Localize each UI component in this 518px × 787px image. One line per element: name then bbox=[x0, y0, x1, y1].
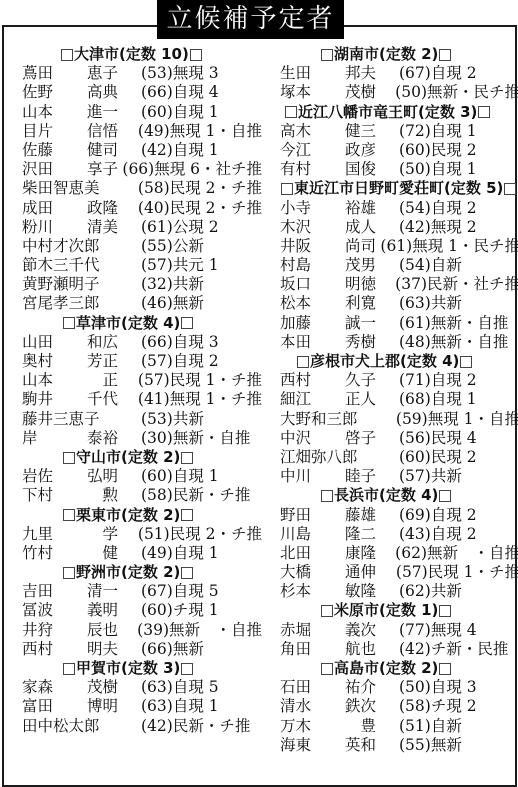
candidate-info: (67)自現 5 bbox=[141, 582, 219, 601]
candidate-row: 大橋通伸(57)民現 1・チ推 bbox=[280, 563, 518, 582]
candidate-name: 中沢啓子 bbox=[280, 429, 399, 448]
square-bullet-icon bbox=[478, 106, 490, 118]
candidate-name: 加藤誠一 bbox=[280, 314, 399, 333]
candidate-given-name: 高典 bbox=[70, 83, 118, 102]
candidate-name: 村島茂男 bbox=[280, 256, 399, 275]
candidate-info: (37)民新・社チ推 bbox=[395, 275, 518, 294]
square-bullet-icon bbox=[297, 356, 309, 368]
candidate-surname: 中川 bbox=[280, 467, 328, 486]
square-bullet-icon bbox=[63, 509, 75, 521]
candidate-given-name: 航也 bbox=[328, 640, 376, 659]
candidate-given-name: 康隆 bbox=[328, 544, 376, 563]
candidate-name: 大野和三郎 bbox=[280, 410, 396, 429]
candidate-given-name: 明夫 bbox=[70, 640, 118, 659]
square-bullet-icon bbox=[439, 490, 451, 502]
square-bullet-icon bbox=[61, 49, 73, 61]
district-header: 守山市(定数 2) bbox=[22, 448, 262, 467]
candidate-given-name: 健 bbox=[70, 544, 118, 563]
candidate-row: 塚本茂樹(50)無新・民チ推 bbox=[280, 83, 518, 102]
candidate-row: 川島隆二(43)自現 2 bbox=[280, 525, 518, 544]
district-name: 守山市(定数 2) bbox=[76, 448, 180, 467]
candidate-name: 細江正人 bbox=[280, 390, 399, 409]
candidate-given-name: 茂樹 bbox=[328, 83, 376, 102]
candidate-name: 木沢成人 bbox=[280, 218, 399, 237]
candidate-row: 小寺裕雄(54)自現 2 bbox=[280, 199, 518, 218]
candidate-row: 成田政隆(40)民現 2・チ推 bbox=[22, 199, 262, 218]
candidate-name: 吉田清一 bbox=[22, 582, 141, 601]
square-bullet-icon bbox=[63, 567, 75, 579]
candidate-name: 黄野瀬明子 bbox=[22, 275, 141, 294]
candidate-given-name: 信悟 bbox=[70, 122, 118, 141]
square-bullet-icon bbox=[321, 490, 333, 502]
candidate-surname: 下村 bbox=[22, 486, 70, 505]
candidate-row: 村島茂男(54)自新 bbox=[280, 256, 518, 275]
candidate-surname: 松本 bbox=[280, 294, 328, 313]
candidate-surname: 万木 bbox=[280, 717, 328, 736]
candidate-surname: 吉田 bbox=[22, 582, 70, 601]
square-bullet-icon bbox=[439, 49, 451, 61]
candidate-surname: 細江 bbox=[280, 390, 328, 409]
candidate-given-name: 泰裕 bbox=[70, 429, 118, 448]
candidate-row: 駒井千代(41)無現 1・チ推 bbox=[22, 390, 262, 409]
candidate-surname: 赤堀 bbox=[280, 621, 328, 640]
square-bullet-icon bbox=[321, 605, 333, 617]
candidate-given-name: 通伸 bbox=[328, 563, 376, 582]
candidate-info: (60)民現 2 bbox=[399, 448, 477, 467]
candidate-name: 中川睦子 bbox=[280, 467, 399, 486]
candidate-row: 粉川清美(61)公現 2 bbox=[22, 218, 262, 237]
district-header: 大津市(定数 10) bbox=[22, 45, 262, 64]
candidate-surname: 今江 bbox=[280, 141, 328, 160]
candidate-given-name: 辰也 bbox=[70, 621, 118, 640]
candidate-row: 万木豊(51)自新 bbox=[280, 717, 518, 736]
district-header: 甲賀市(定数 3) bbox=[22, 659, 262, 678]
candidate-name: 今江政彦 bbox=[280, 141, 399, 160]
candidate-row: 木沢成人(42)無現 2 bbox=[280, 218, 518, 237]
candidate-row: 柴田智恵美(58)民現 2・チ推 bbox=[22, 179, 262, 198]
right-column: 湖南市(定数 2)生田邦夫(67)自現 2塚本茂樹(50)無新・民チ推近江八幡市… bbox=[280, 45, 518, 755]
candidate-name: 宮尾孝三郎 bbox=[22, 294, 141, 313]
district-name: 草津市(定数 4) bbox=[76, 314, 180, 333]
candidate-name: 九里学 bbox=[22, 525, 138, 544]
candidate-name: 坂口明徳 bbox=[280, 275, 395, 294]
district-name: 野洲市(定数 2) bbox=[76, 563, 180, 582]
candidate-row: 高木健三(72)自現 1 bbox=[280, 122, 518, 141]
candidate-info: (63)自現 5 bbox=[141, 678, 219, 697]
square-bullet-icon bbox=[321, 663, 333, 675]
candidate-info: (62)無新 ・自推 bbox=[395, 544, 518, 563]
square-bullet-icon bbox=[190, 49, 202, 61]
candidate-info: (50)無新・民チ推 bbox=[395, 83, 518, 102]
candidate-surname: 井狩 bbox=[22, 621, 70, 640]
candidate-given-name: 清美 bbox=[70, 218, 118, 237]
district-header: 野洲市(定数 2) bbox=[22, 563, 262, 582]
candidate-name: 家森茂樹 bbox=[22, 678, 141, 697]
candidate-row: 目片信悟(49)無現 1・自推 bbox=[22, 122, 262, 141]
candidate-given-name: 明徳 bbox=[328, 275, 376, 294]
square-bullet-icon bbox=[181, 317, 193, 329]
candidate-surname: 岩佐 bbox=[22, 467, 70, 486]
candidate-surname: 家森 bbox=[22, 678, 70, 697]
candidate-given-name: 義明 bbox=[70, 601, 118, 620]
candidate-surname: 山本 bbox=[22, 103, 70, 122]
candidate-info: (42)チ新・民推 bbox=[399, 640, 508, 659]
square-bullet-icon bbox=[63, 317, 75, 329]
district-header: 栗東市(定数 2) bbox=[22, 506, 262, 525]
candidate-info: (42)無現 2 bbox=[399, 218, 477, 237]
candidate-name: 山本進一 bbox=[22, 103, 141, 122]
candidate-given-name: 義次 bbox=[328, 621, 376, 640]
candidate-surname: 山田 bbox=[22, 333, 70, 352]
candidate-name: 野田藤雄 bbox=[280, 506, 399, 525]
candidate-info: (46)無新 bbox=[141, 294, 204, 313]
candidate-info: (57)共元 1 bbox=[141, 256, 219, 275]
candidate-row: 細江正人(68)自現 1 bbox=[280, 390, 518, 409]
candidate-info: (60)自現 1 bbox=[141, 467, 219, 486]
candidate-name: 角田航也 bbox=[280, 640, 399, 659]
candidate-given-name: 祐介 bbox=[328, 678, 376, 697]
candidate-row: 江畑弥八郎(60)民現 2 bbox=[280, 448, 518, 467]
candidate-surname: 有村 bbox=[280, 160, 328, 179]
candidate-name: 奥村芳正 bbox=[22, 352, 141, 371]
candidate-surname: 駒井 bbox=[22, 390, 70, 409]
candidate-name: 江畑弥八郎 bbox=[280, 448, 399, 467]
candidate-info: (60)自現 1 bbox=[141, 103, 219, 122]
district-header: 米原市(定数 1) bbox=[280, 601, 518, 620]
candidate-info: (40)民現 2・チ推 bbox=[138, 199, 262, 218]
candidate-surname: 佐野 bbox=[22, 83, 70, 102]
candidate-surname: 西村 bbox=[280, 371, 328, 390]
candidate-given-name: 国俊 bbox=[328, 160, 376, 179]
candidate-info: (58)チ現 2 bbox=[399, 697, 477, 716]
candidate-row: 本田秀樹(48)無新・自推 bbox=[280, 333, 518, 352]
candidate-row: 宮尾孝三郎(46)無新 bbox=[22, 294, 262, 313]
candidate-row: 田中松太郎(42)民新・チ推 bbox=[22, 717, 262, 736]
candidate-given-name: 正人 bbox=[328, 390, 376, 409]
candidate-info: (49)自現 1 bbox=[141, 544, 219, 563]
candidate-surname: 成田 bbox=[22, 199, 70, 218]
candidate-given-name: 弘明 bbox=[70, 467, 118, 486]
candidate-surname: 蔦田 bbox=[22, 64, 70, 83]
candidate-row: 岸泰裕(30)無新・自推 bbox=[22, 429, 262, 448]
candidate-info: (58)民新・チ推 bbox=[141, 486, 250, 505]
candidate-row: 山本正(57)民現 1・チ推 bbox=[22, 371, 262, 390]
candidate-given-name: 藤雄 bbox=[328, 506, 376, 525]
candidate-info: (50)自現 3 bbox=[399, 678, 477, 697]
candidate-row: 藤井三恵子(53)共新 bbox=[22, 410, 262, 429]
candidate-row: 竹村健(49)自現 1 bbox=[22, 544, 262, 563]
candidate-given-name: 健三 bbox=[328, 122, 376, 141]
candidate-name: 山田和広 bbox=[22, 333, 141, 352]
candidate-name: 赤堀義次 bbox=[280, 621, 399, 640]
candidate-surname: 坂口 bbox=[280, 275, 328, 294]
candidate-info: (58)民現 2・チ推 bbox=[138, 179, 262, 198]
candidate-given-name: 学 bbox=[70, 525, 118, 544]
candidate-row: 杉本敏隆(62)共新 bbox=[280, 582, 518, 601]
page-title: 立候補予定者 bbox=[157, 0, 344, 39]
candidate-info: (42)民新・チ推 bbox=[141, 717, 250, 736]
candidate-given-name: 鉄次 bbox=[328, 697, 376, 716]
candidate-row: 井阪尚司(61)無現 1・民チ推 bbox=[280, 237, 518, 256]
candidate-surname: 大橋 bbox=[280, 563, 328, 582]
candidate-name: 石田祐介 bbox=[280, 678, 399, 697]
candidate-row: 家森茂樹(63)自現 5 bbox=[22, 678, 262, 697]
candidate-info: (49)無現 1・自推 bbox=[138, 122, 262, 141]
candidate-name: 万木豊 bbox=[280, 717, 399, 736]
candidate-name: 岩佐弘明 bbox=[22, 467, 141, 486]
candidate-surname: 海東 bbox=[280, 736, 328, 755]
district-name: 甲賀市(定数 3) bbox=[76, 659, 180, 678]
candidate-row: 富田博明(63)自現 1 bbox=[22, 697, 262, 716]
square-bullet-icon bbox=[63, 452, 75, 464]
candidate-surname: 山本 bbox=[22, 371, 70, 390]
candidate-given-name: 博明 bbox=[70, 697, 118, 716]
candidate-row: 中沢啓子(56)民現 4 bbox=[280, 429, 518, 448]
candidate-info: (59)無現 1・自推 bbox=[396, 410, 518, 429]
candidate-info: (68)自現 1 bbox=[399, 390, 477, 409]
candidate-given-name: 健司 bbox=[70, 141, 118, 160]
candidate-surname: 角田 bbox=[280, 640, 328, 659]
candidate-given-name: 久子 bbox=[328, 371, 376, 390]
candidate-surname: 塚本 bbox=[280, 83, 328, 102]
candidate-row: 中川睦子(57)共新 bbox=[280, 467, 518, 486]
candidate-given-name: 勲 bbox=[70, 486, 118, 505]
candidate-row: 山田和広(66)自現 3 bbox=[22, 333, 262, 352]
candidate-given-name: 尚司 bbox=[328, 237, 376, 256]
candidate-name: 沢田享子 bbox=[22, 160, 122, 179]
candidate-name: 下村勲 bbox=[22, 486, 141, 505]
district-name: 近江八幡市竜王町(定数 3) bbox=[298, 103, 477, 122]
candidate-info: (60)チ現 1 bbox=[141, 601, 219, 620]
candidate-info: (54)自現 2 bbox=[399, 199, 477, 218]
candidate-surname: 九里 bbox=[22, 525, 70, 544]
candidate-surname: 杉本 bbox=[280, 582, 328, 601]
candidate-given-name: 千代 bbox=[70, 390, 118, 409]
candidate-info: (55)無新 bbox=[399, 736, 462, 755]
candidate-info: (50)自現 1 bbox=[399, 160, 477, 179]
candidate-row: 黄野瀬明子(32)共新 bbox=[22, 275, 262, 294]
candidate-info: (57)民現 1・チ推 bbox=[396, 563, 518, 582]
candidate-surname: 沢田 bbox=[22, 160, 70, 179]
candidate-given-name: 政隆 bbox=[70, 199, 118, 218]
candidate-name: 蔦田恵子 bbox=[22, 64, 141, 83]
candidate-info: (66)無現 6・社チ推 bbox=[122, 160, 262, 179]
candidate-given-name: 芳正 bbox=[70, 352, 118, 371]
candidate-name: 塚本茂樹 bbox=[280, 83, 395, 102]
district-name: 高島市(定数 2) bbox=[334, 659, 438, 678]
candidate-name: 西村久子 bbox=[280, 371, 399, 390]
candidate-name: 岸泰裕 bbox=[22, 429, 141, 448]
district-header: 湖南市(定数 2) bbox=[280, 45, 518, 64]
candidate-name: 杉本敏隆 bbox=[280, 582, 399, 601]
candidate-surname: 小寺 bbox=[280, 199, 328, 218]
candidate-row: 今江政彦(60)民現 2 bbox=[280, 141, 518, 160]
candidate-given-name: 清一 bbox=[70, 582, 118, 601]
candidate-name: 駒井千代 bbox=[22, 390, 138, 409]
candidate-surname: 川島 bbox=[280, 525, 328, 544]
candidate-info: (48)無新・自推 bbox=[399, 333, 508, 352]
candidate-info: (60)民現 2 bbox=[399, 141, 477, 160]
candidate-given-name: 睦子 bbox=[328, 467, 376, 486]
candidate-info: (53)共新 bbox=[141, 410, 204, 429]
candidate-given-name: 恵子 bbox=[70, 64, 118, 83]
candidate-given-name: 隆二 bbox=[328, 525, 376, 544]
district-name: 湖南市(定数 2) bbox=[334, 45, 438, 64]
candidate-row: 松本利寛(63)共新 bbox=[280, 294, 518, 313]
candidate-name: 節木三千代 bbox=[22, 256, 141, 275]
candidate-surname: 清水 bbox=[280, 697, 328, 716]
candidate-given-name: 茂樹 bbox=[70, 678, 118, 697]
candidate-info: (51)民現 2・チ推 bbox=[138, 525, 262, 544]
square-bullet-icon bbox=[281, 183, 293, 195]
candidate-info: (39)無新 ・自推 bbox=[137, 621, 262, 640]
square-bullet-icon bbox=[285, 106, 297, 118]
candidate-row: 有村国俊(50)自現 1 bbox=[280, 160, 518, 179]
candidate-info: (43)自現 2 bbox=[399, 525, 477, 544]
candidate-row: 赤堀義次(77)無現 4 bbox=[280, 621, 518, 640]
candidate-name: 佐野高典 bbox=[22, 83, 141, 102]
candidate-name: 田中松太郎 bbox=[22, 717, 141, 736]
candidate-surname: 佐藤 bbox=[22, 141, 70, 160]
candidate-surname: 富田 bbox=[22, 697, 70, 716]
district-header: 近江八幡市竜王町(定数 3) bbox=[280, 103, 518, 122]
candidate-row: 坂口明徳(37)民新・社チ推 bbox=[280, 275, 518, 294]
candidate-row: 西村明夫(66)無新 bbox=[22, 640, 262, 659]
candidate-info: (55)公新 bbox=[141, 237, 204, 256]
candidate-info: (54)自新 bbox=[399, 256, 462, 275]
candidate-given-name: 邦夫 bbox=[328, 64, 376, 83]
candidate-info: (57)自現 2 bbox=[141, 352, 219, 371]
candidate-row: 石田祐介(50)自現 3 bbox=[280, 678, 518, 697]
district-name: 長浜市(定数 4) bbox=[334, 486, 438, 505]
candidate-surname: 木沢 bbox=[280, 218, 328, 237]
candidate-row: 中村才次郎(55)公新 bbox=[22, 237, 262, 256]
candidate-info: (57)共新 bbox=[399, 467, 462, 486]
square-bullet-icon bbox=[439, 663, 451, 675]
candidate-name: 西村明夫 bbox=[22, 640, 141, 659]
candidate-name: 川島隆二 bbox=[280, 525, 399, 544]
candidate-info: (62)共新 bbox=[399, 582, 462, 601]
candidate-name: 佐藤健司 bbox=[22, 141, 141, 160]
candidate-row: 生田邦夫(67)自現 2 bbox=[280, 64, 518, 83]
candidate-surname: 西村 bbox=[22, 640, 70, 659]
candidate-surname: 高木 bbox=[280, 122, 328, 141]
candidate-surname: 北田 bbox=[280, 544, 328, 563]
candidate-info: (61)公現 2 bbox=[141, 218, 219, 237]
candidate-surname: 井阪 bbox=[280, 237, 328, 256]
candidate-row: 海東英和(55)無新 bbox=[280, 736, 518, 755]
candidate-given-name: 茂男 bbox=[328, 256, 376, 275]
candidate-row: 節木三千代(57)共元 1 bbox=[22, 256, 262, 275]
candidate-info: (66)無新 bbox=[141, 640, 204, 659]
candidate-info: (56)民現 4 bbox=[399, 429, 477, 448]
candidate-surname: 本田 bbox=[280, 333, 328, 352]
candidate-info: (53)無現 3 bbox=[141, 64, 219, 83]
district-header: 草津市(定数 4) bbox=[22, 314, 262, 333]
district-name: 大津市(定数 10) bbox=[74, 45, 189, 64]
candidate-row: 野田藤雄(69)自現 2 bbox=[280, 506, 518, 525]
candidate-info: (67)自現 2 bbox=[399, 64, 477, 83]
candidate-info: (71)自現 2 bbox=[399, 371, 477, 390]
candidate-given-name: 享子 bbox=[70, 160, 118, 179]
candidate-row: 奥村芳正(57)自現 2 bbox=[22, 352, 262, 371]
candidate-given-name: 進一 bbox=[70, 103, 118, 122]
candidate-surname: 石田 bbox=[280, 678, 328, 697]
district-header: 高島市(定数 2) bbox=[280, 659, 518, 678]
candidate-info: (66)自現 4 bbox=[141, 83, 219, 102]
candidate-row: 角田航也(42)チ新・民推 bbox=[280, 640, 518, 659]
candidate-given-name: 豊 bbox=[328, 717, 376, 736]
square-bullet-icon bbox=[504, 183, 516, 195]
candidate-info: (77)無現 4 bbox=[399, 621, 477, 640]
left-column: 大津市(定数 10)蔦田恵子(53)無現 3佐野高典(66)自現 4山本進一(6… bbox=[22, 45, 262, 736]
candidate-surname: 目片 bbox=[22, 122, 70, 141]
candidate-name: 松本利寛 bbox=[280, 294, 399, 313]
district-header: 東近江市日野町愛荘町(定数 5) bbox=[280, 179, 518, 198]
candidate-surname: 加藤 bbox=[280, 314, 328, 333]
candidate-name: 生田邦夫 bbox=[280, 64, 399, 83]
candidate-surname: 奥村 bbox=[22, 352, 70, 371]
square-bullet-icon bbox=[63, 663, 75, 675]
candidate-row: 井狩辰也(39)無新 ・自推 bbox=[22, 621, 262, 640]
candidate-info: (42)自現 1 bbox=[141, 141, 219, 160]
candidate-row: 大野和三郎(59)無現 1・自推 bbox=[280, 410, 518, 429]
candidate-name: 小寺裕雄 bbox=[280, 199, 399, 218]
candidate-info: (69)自現 2 bbox=[399, 506, 477, 525]
district-name: 栗東市(定数 2) bbox=[76, 506, 180, 525]
candidate-surname: 冨波 bbox=[22, 601, 70, 620]
candidate-info: (66)自現 3 bbox=[141, 333, 219, 352]
square-bullet-icon bbox=[181, 452, 193, 464]
candidate-name: 粉川清美 bbox=[22, 218, 141, 237]
candidate-info: (32)共新 bbox=[141, 275, 204, 294]
candidate-info: (61)無現 1・民チ推 bbox=[380, 237, 518, 256]
district-header: 長浜市(定数 4) bbox=[280, 486, 518, 505]
candidate-name: 有村国俊 bbox=[280, 160, 399, 179]
candidate-info: (51)自新 bbox=[399, 717, 462, 736]
square-bullet-icon bbox=[181, 663, 193, 675]
candidate-row: 北田康隆(62)無新 ・自推 bbox=[280, 544, 518, 563]
district-name: 彦根市犬上郡(定数 4) bbox=[310, 352, 459, 371]
district-header: 彦根市犬上郡(定数 4) bbox=[280, 352, 518, 371]
candidate-name: 清水鉄次 bbox=[280, 697, 399, 716]
candidate-row: 下村勲(58)民新・チ推 bbox=[22, 486, 262, 505]
candidate-row: 冨波義明(60)チ現 1 bbox=[22, 601, 262, 620]
candidate-given-name: 政彦 bbox=[328, 141, 376, 160]
candidate-row: 岩佐弘明(60)自現 1 bbox=[22, 467, 262, 486]
candidate-row: 加藤誠一(61)無新・自推 bbox=[280, 314, 518, 333]
square-bullet-icon bbox=[181, 509, 193, 521]
candidate-name: 井阪尚司 bbox=[280, 237, 380, 256]
candidate-surname: 野田 bbox=[280, 506, 328, 525]
candidate-given-name: 利寛 bbox=[328, 294, 376, 313]
candidate-info: (41)無現 1・チ推 bbox=[138, 390, 262, 409]
candidate-given-name: 啓子 bbox=[328, 429, 376, 448]
square-bullet-icon bbox=[460, 356, 472, 368]
candidate-name: 柴田智恵美 bbox=[22, 179, 138, 198]
candidate-name: 井狩辰也 bbox=[22, 621, 137, 640]
candidate-surname: 生田 bbox=[280, 64, 328, 83]
candidate-info: (63)自現 1 bbox=[141, 697, 219, 716]
candidate-info: (30)無新・自推 bbox=[141, 429, 250, 448]
candidate-info: (57)民現 1・チ推 bbox=[138, 371, 262, 390]
candidate-row: 佐野高典(66)自現 4 bbox=[22, 83, 262, 102]
candidate-name: 富田博明 bbox=[22, 697, 141, 716]
candidate-name: 山本正 bbox=[22, 371, 138, 390]
candidate-row: 西村久子(71)自現 2 bbox=[280, 371, 518, 390]
square-bullet-icon bbox=[181, 567, 193, 579]
candidate-row: 山本進一(60)自現 1 bbox=[22, 103, 262, 122]
